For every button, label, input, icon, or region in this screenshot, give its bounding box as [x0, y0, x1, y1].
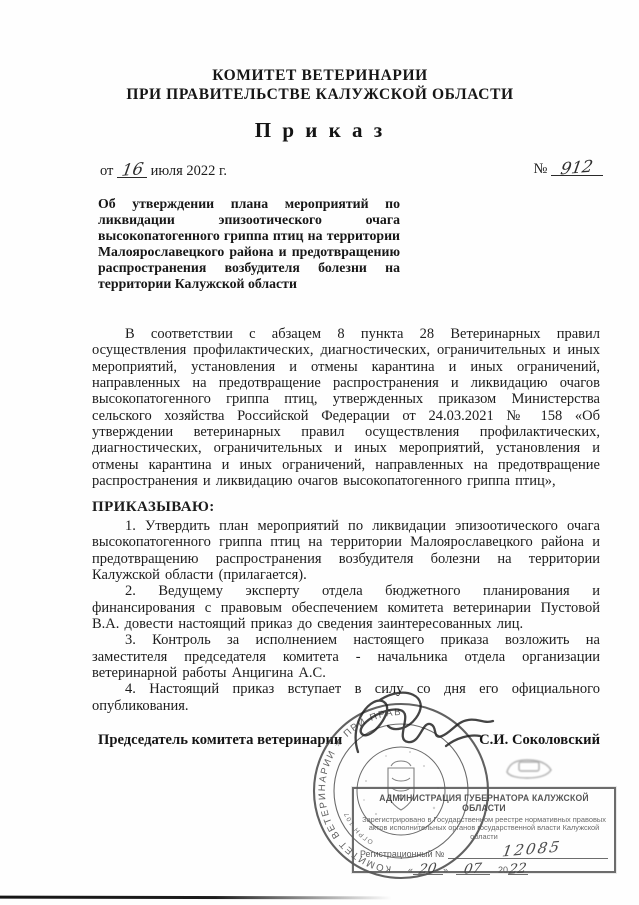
order-item-2: 2. Ведущему эксперту отдела бюджетного п… — [92, 583, 600, 632]
number-label: № — [534, 161, 548, 177]
date-line: от 16 июля 2022 г. — [100, 163, 227, 180]
preamble-section: В соответствии с абзацем 8 пункта 28 Вет… — [92, 326, 600, 489]
registry-date-month: 07 — [463, 860, 483, 877]
registry-stamp-title: АДМИНИСТРАЦИЯ ГУБЕРНАТОРА КАЛУЖСКОЙ ОБЛА… — [365, 793, 603, 813]
subject-paragraph: Об утверждении плана мероприятий по ликв… — [98, 196, 400, 291]
preamble-paragraph: В соответствии с абзацем 8 пункта 28 Вет… — [92, 326, 600, 489]
registry-date-day-blank: 20 — [413, 861, 443, 875]
registry-date-year-blank: 22 — [508, 861, 528, 875]
registry-stamp: АДМИНИСТРАЦИЯ ГУБЕРНАТОРА КАЛУЖСКОЙ ОБЛА… — [352, 787, 616, 873]
registration-number-label: Регистрационный № — [360, 849, 444, 859]
registry-date-quote-close: » — [443, 865, 448, 875]
document-number: № 912 — [534, 161, 603, 178]
order-item-1: 1. Утвердить план мероприятий по ликвида… — [92, 518, 600, 583]
date-rest: июля 2022 г. — [151, 163, 227, 179]
registry-date-year: 22 — [508, 860, 528, 877]
registry-stamp-body: Зарегистрировано в Государственном реест… — [360, 816, 608, 841]
number-handwritten: 912 — [560, 161, 594, 176]
order-items: 1. Утвердить план мероприятий по ликвида… — [92, 518, 600, 714]
order-keyword-colon: : — [209, 499, 214, 515]
scanned-order-document: КОМИТЕТ ВЕТЕРИНАРИИ ПРИ ПРАВИТЕЛЬСТВЕ КА… — [0, 0, 639, 905]
date-day-blank: 16 — [117, 164, 147, 178]
order-keyword-line: ПРИКАЗЫВАЮ: — [92, 499, 215, 516]
order-keyword: ПРИКАЗЫВАЮ — [92, 499, 209, 515]
date-day-handwritten: 16 — [120, 163, 143, 177]
order-item-3: 3. Контроль за исполнением настоящего пр… — [92, 632, 600, 681]
registry-date-year-prefix: 20 — [498, 865, 508, 875]
signature-scribble — [328, 688, 503, 773]
date-prefix: от — [100, 163, 113, 179]
registration-number-line: Регистрационный № 12085 — [360, 845, 608, 859]
registration-number-blank: 12085 — [448, 845, 608, 859]
authority-line-2: ПРИ ПРАВИТЕЛЬСТВЕ КАЛУЖСКОЙ ОБЛАСТИ — [70, 85, 570, 104]
ink-smudge — [497, 752, 561, 782]
document-type-title: П р и к а з — [70, 118, 570, 143]
registry-date-day: 20 — [418, 860, 438, 877]
number-blank: 912 — [551, 162, 603, 176]
authority-line-1: КОМИТЕТ ВЕТЕРИНАРИИ — [70, 66, 570, 85]
registry-date-month-blank: 07 — [456, 861, 490, 875]
signature-position-title: Председатель комитета ветеринарии — [98, 732, 342, 749]
registry-date-line: « 20 » 07 20 22 — [408, 861, 608, 875]
issuing-authority: КОМИТЕТ ВЕТЕРИНАРИИ ПРИ ПРАВИТЕЛЬСТВЕ КА… — [70, 66, 570, 104]
scan-artifact-line — [0, 896, 392, 900]
